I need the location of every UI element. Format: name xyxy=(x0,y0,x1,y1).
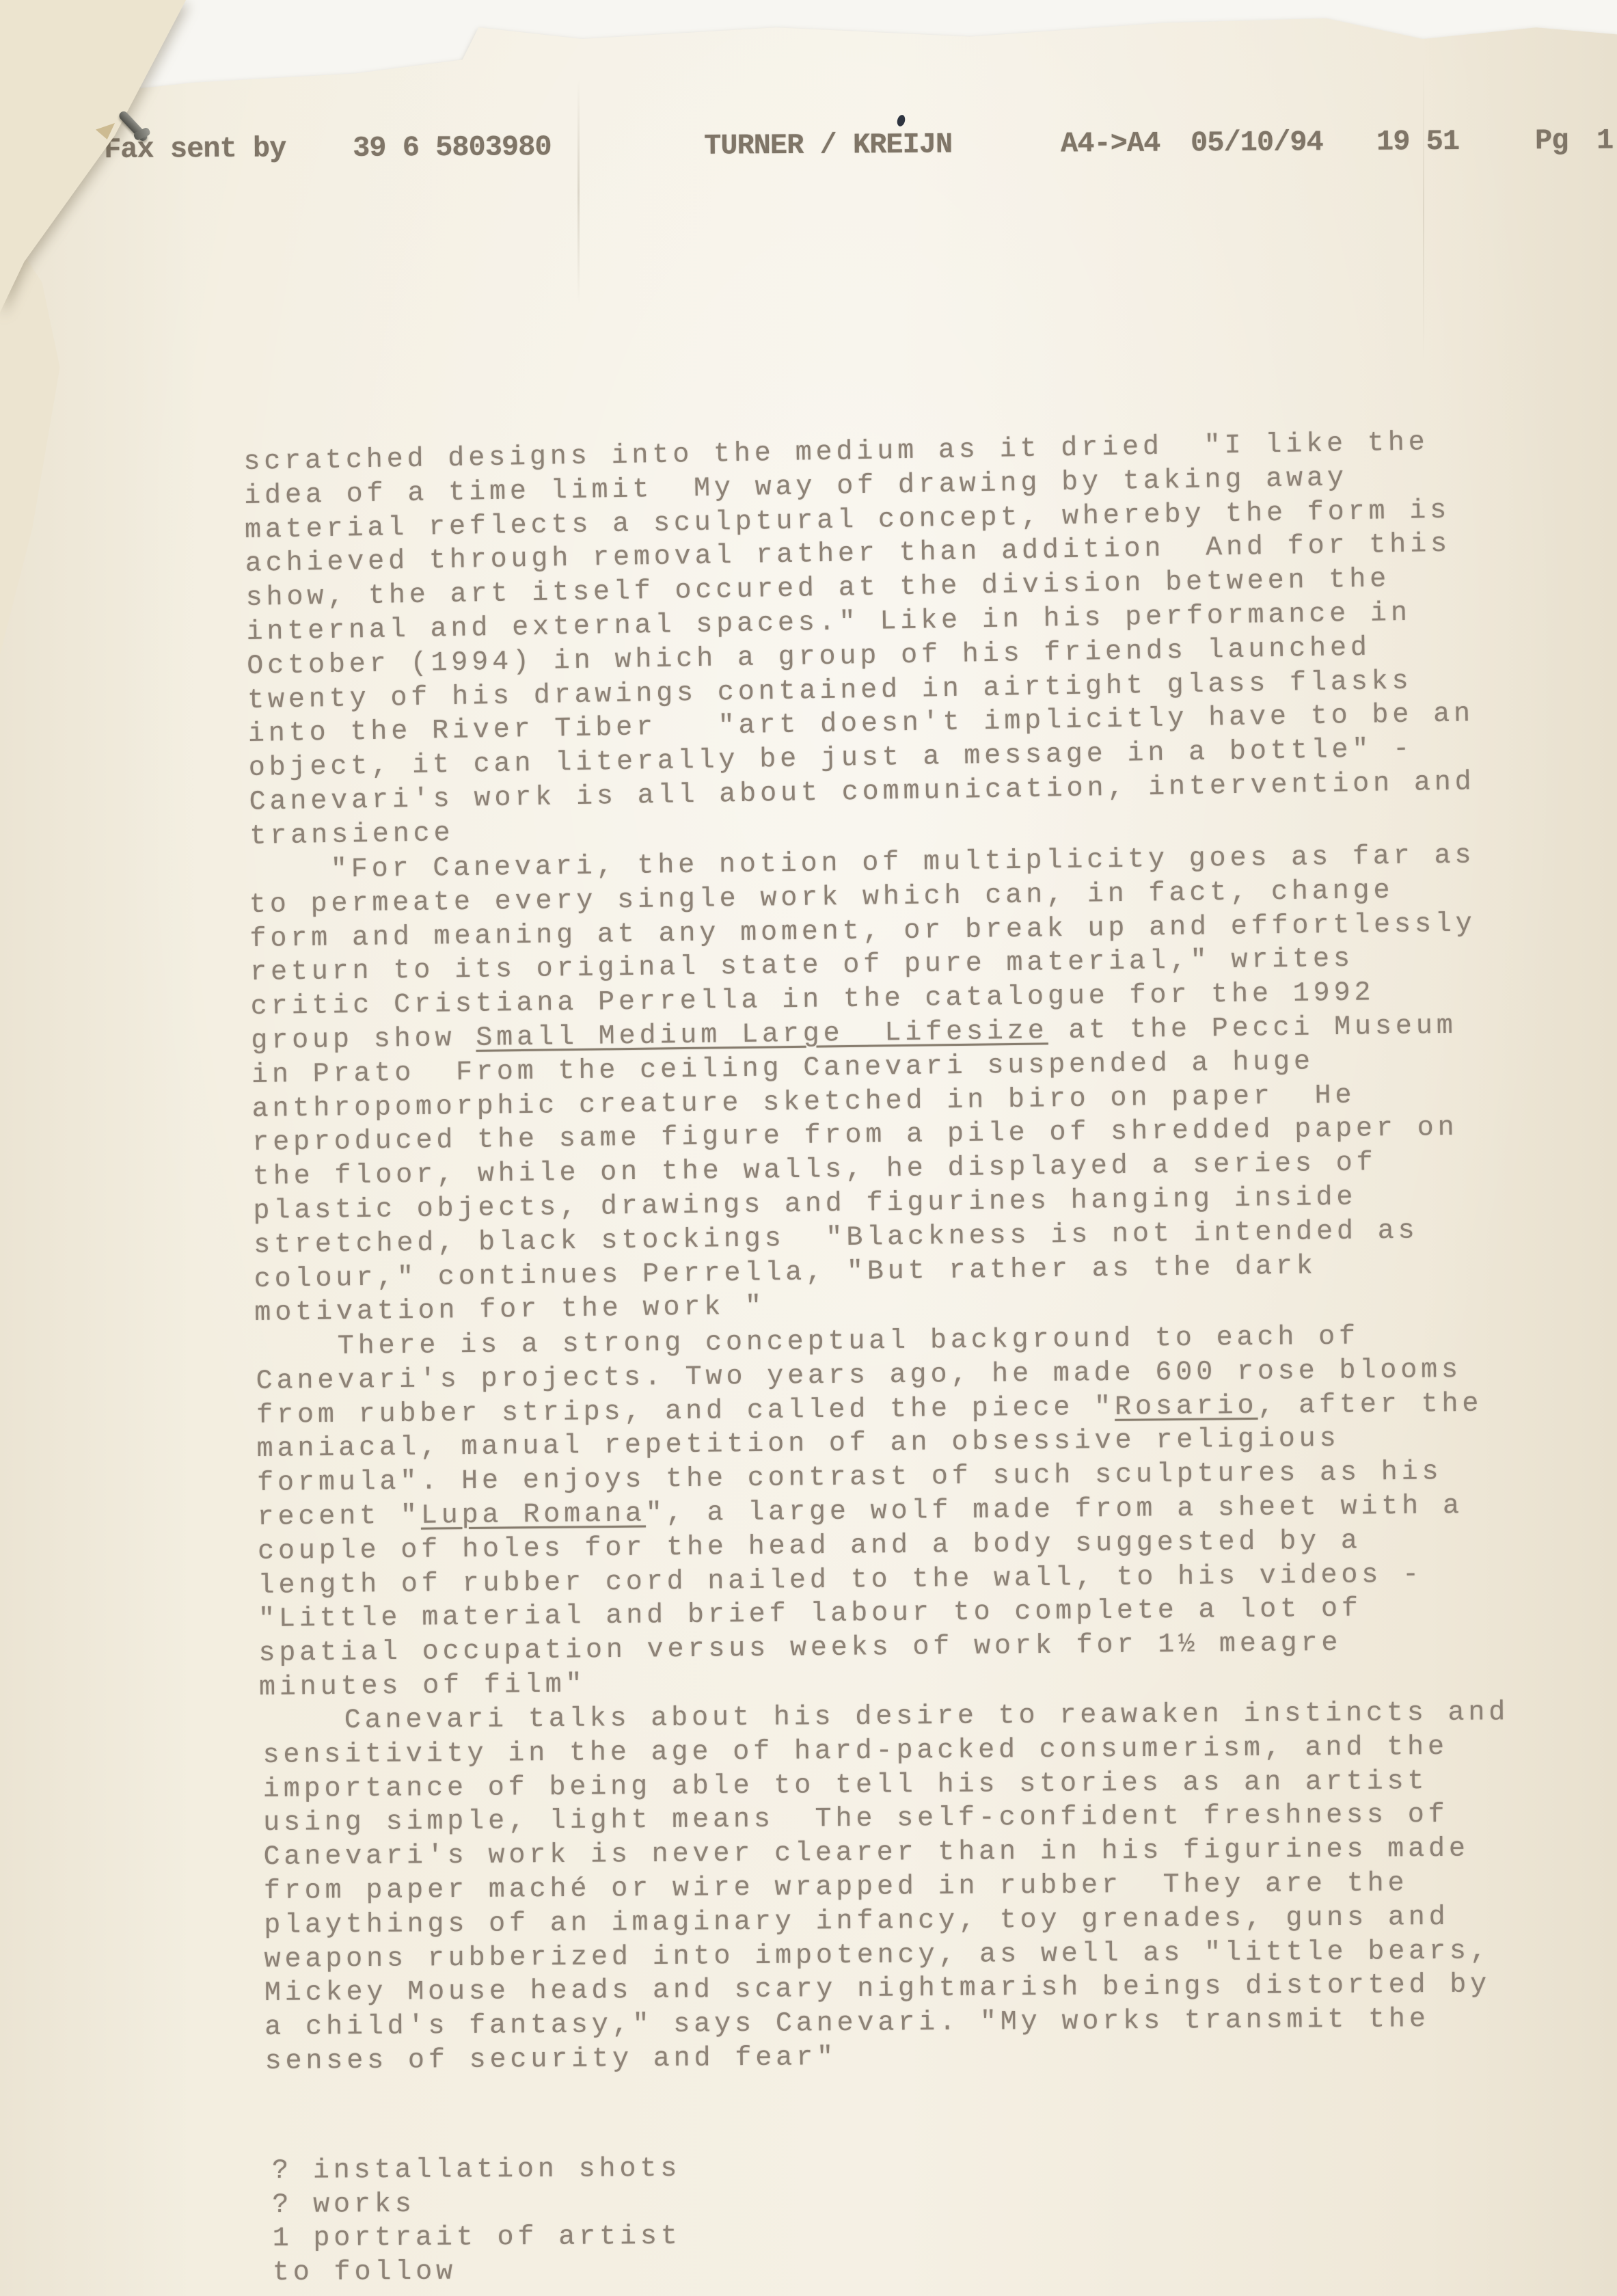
folded-corner-wrap xyxy=(0,0,1617,2296)
scanned-fax-sheet: Fax sent by 39 6 5803980 TURNER / KREIJN… xyxy=(0,0,1617,2296)
folded-page-corner xyxy=(0,0,1617,2296)
